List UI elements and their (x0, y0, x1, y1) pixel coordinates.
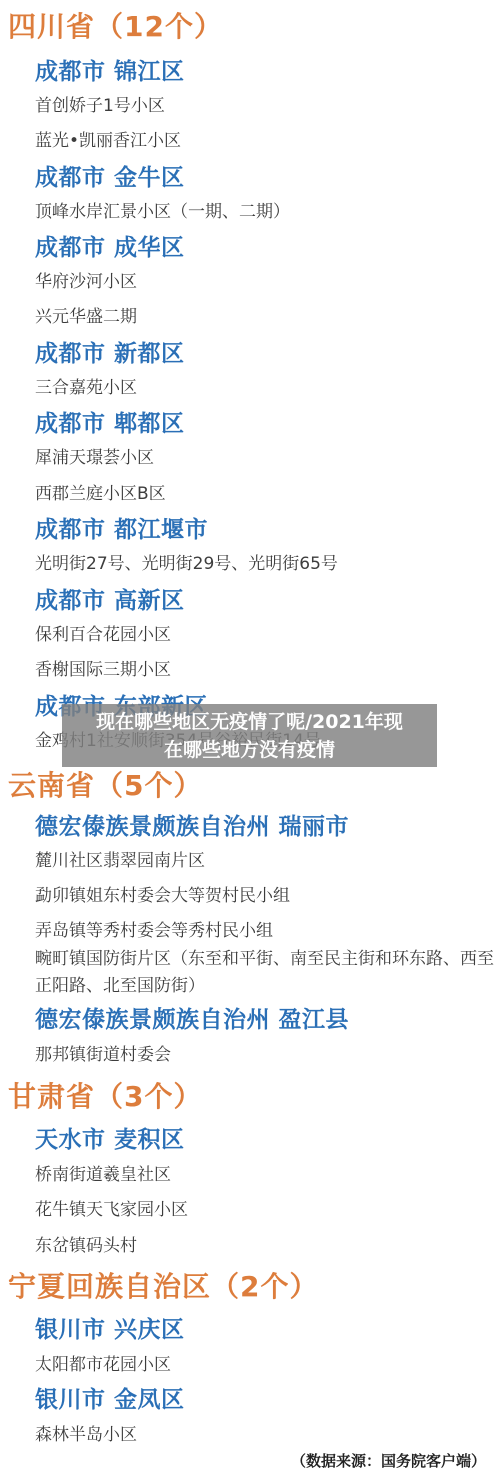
address-item: 蓝光•凯丽香江小区 (35, 126, 181, 151)
address-item: 兴元华盛二期 (35, 302, 137, 327)
city-heading: 成都市 郫都区 (35, 405, 185, 438)
address-item: 麓川社区翡翠园南片区 (35, 846, 205, 871)
address-item: 桥南街道羲皇社区 (35, 1160, 171, 1185)
address-item: 顶峰水岸汇景小区（一期、二期） (35, 197, 290, 222)
address-item: 保利百合花园小区 (35, 620, 171, 645)
caption-line-1: 现在哪些地区无疫情了呢/2021年现 (62, 708, 437, 736)
address-item: 弄岛镇等秀村委会等秀村民小组 (35, 916, 273, 941)
address-item: 勐卯镇姐东村委会大等贺村民小组 (35, 881, 290, 906)
province-heading-ningxia: 宁夏回族自治区（2个） (8, 1265, 318, 1305)
city-heading: 德宏傣族景颇族自治州 盈江县 (35, 1001, 349, 1034)
data-source-note: （数据来源：国务院客户端） (291, 1450, 486, 1471)
city-heading: 成都市 金牛区 (35, 159, 185, 192)
address-item: 光明街27号、光明街29号、光明街65号 (35, 549, 338, 574)
address-item: 香榭国际三期小区 (35, 655, 171, 680)
caption-line-2: 在哪些地方没有疫情 (62, 736, 437, 764)
province-heading-yunnan: 云南省（5个） (8, 764, 202, 804)
address-item: 花牛镇天飞家园小区 (35, 1195, 188, 1220)
address-item: 那邦镇街道村委会 (35, 1040, 171, 1065)
province-heading-gansu: 甘肃省（3个） (8, 1075, 202, 1115)
address-item: 西郡兰庭小区B区 (35, 479, 166, 504)
city-heading: 成都市 锦江区 (35, 53, 185, 86)
address-item: 森林半岛小区 (35, 1420, 137, 1445)
address-item: 太阳都市花园小区 (35, 1350, 171, 1375)
city-heading: 成都市 新都区 (35, 335, 185, 368)
city-heading: 成都市 高新区 (35, 582, 185, 615)
address-item: 畹町镇国防街片区（东至和平街、南至民主街和环东路、西至正阳路、北至国防街） (35, 946, 495, 1000)
city-heading: 德宏傣族景颇族自治州 瑞丽市 (35, 808, 349, 841)
address-item: 东岔镇码头村 (35, 1231, 137, 1256)
address-item: 华府沙河小区 (35, 267, 137, 292)
province-heading-sichuan: 四川省（12个） (8, 5, 223, 45)
address-item: 首创娇子1号小区 (35, 91, 165, 116)
city-heading: 银川市 金凤区 (35, 1381, 185, 1414)
caption-overlay: 现在哪些地区无疫情了呢/2021年现 在哪些地方没有疫情 (62, 704, 437, 767)
city-heading: 成都市 都江堰市 (35, 511, 208, 544)
city-heading: 成都市 成华区 (35, 229, 185, 262)
address-item: 犀浦天璟荟小区 (35, 443, 154, 468)
address-item: 三合嘉苑小区 (35, 373, 137, 398)
city-heading: 银川市 兴庆区 (35, 1311, 185, 1344)
city-heading: 天水市 麦积区 (35, 1121, 185, 1154)
